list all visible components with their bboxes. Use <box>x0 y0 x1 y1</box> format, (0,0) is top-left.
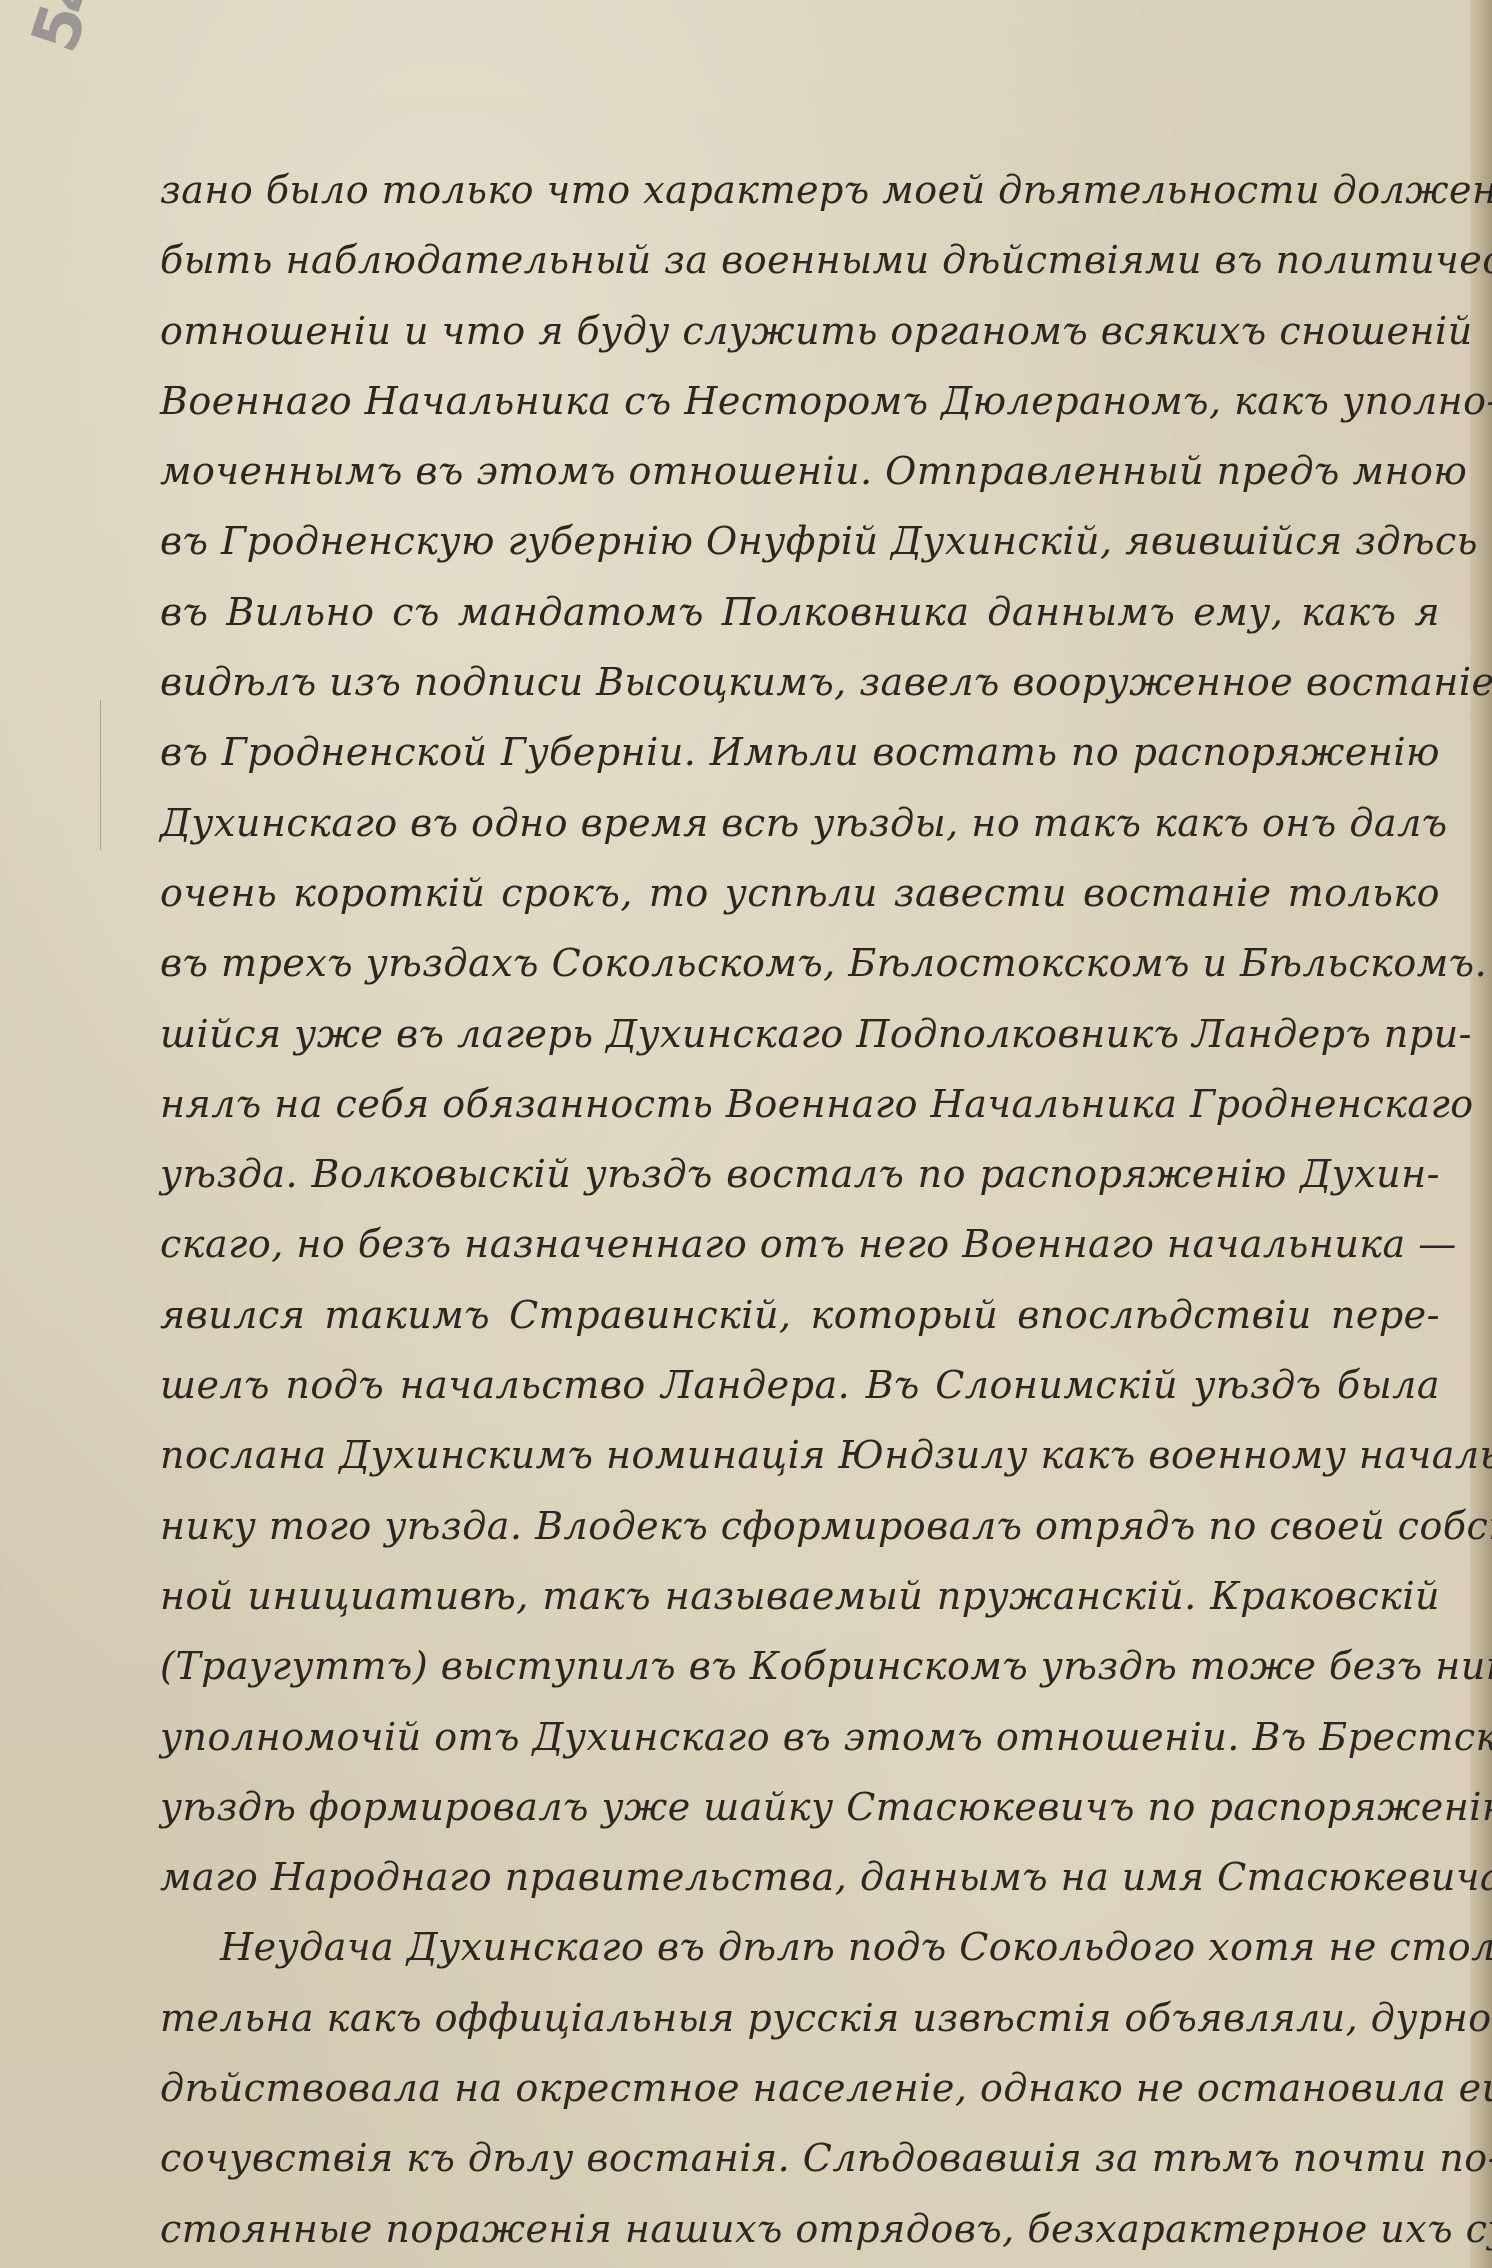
text-line-14: нялъ на себя обязанность Военнаго Началь… <box>160 1069 1440 1139</box>
text-line-12: въ трехъ уѣздахъ Сокольскомъ, Бѣлостокск… <box>160 928 1440 998</box>
text-line-15: уѣзда. Волковыскій уѣздъ восталъ по расп… <box>160 1139 1440 1209</box>
text-line-5: моченнымъ въ этомъ отношеніи. Отправленн… <box>160 436 1440 506</box>
text-line-18: шелъ подъ начальство Ландера. Въ Слонимс… <box>160 1350 1440 1420</box>
text-line-27: тельна какъ оффиціальныя русскія извѣсті… <box>160 1983 1440 2053</box>
text-line-28: дѣйствовала на окрестное населеніе, одна… <box>160 2053 1440 2123</box>
paragraph-start-line: Неудача Духинскаго въ дѣлѣ подъ Сокольдо… <box>160 1912 1440 1982</box>
text-line-17: явился такимъ Стравинскій, который впосл… <box>160 1280 1440 1350</box>
text-line-10: Духинскаго въ одно время всѣ уѣзды, но т… <box>160 788 1440 858</box>
text-line-1: зано было только что характеръ моей дѣят… <box>160 155 1440 225</box>
text-line-29: сочувствія къ дѣлу востанія. Слѣдовавшія… <box>160 2123 1440 2193</box>
manuscript-page: 545 зано было только что характеръ моей … <box>0 0 1492 2268</box>
text-line-13: шійся уже въ лагерь Духинскаго Подполков… <box>160 999 1440 1069</box>
text-line-4: Военнаго Начальника съ Несторомъ Дюлеран… <box>160 366 1440 436</box>
text-line-23: уполномочій отъ Духинскаго въ этомъ отно… <box>160 1702 1440 1772</box>
text-line-20: нику того уѣзда. Влодекъ сформировалъ от… <box>160 1491 1440 1561</box>
text-line-9: въ Гродненской Губерніи. Имѣли востать п… <box>160 717 1440 787</box>
text-line-30: стоянные пораженія нашихъ отрядовъ, безх… <box>160 2194 1440 2264</box>
text-line-22: (Траугуттъ) выступилъ въ Кобринскомъ уѣз… <box>160 1631 1440 1701</box>
text-line-21: ной инициативѣ, такъ называемый пружанск… <box>160 1561 1440 1631</box>
margin-line <box>100 700 101 850</box>
text-line-16: скаго, но безъ назначеннаго отъ него Вое… <box>160 1209 1440 1279</box>
text-line-8: видѣлъ изъ подписи Высоцкимъ, завелъ воо… <box>160 647 1440 717</box>
text-line-2: быть наблюдательный за военными дѣйствія… <box>160 225 1440 295</box>
text-line-3: отношеніи и что я буду служить органомъ … <box>160 296 1440 366</box>
text-line-24: уѣздѣ формировалъ уже шайку Стасюкевичъ … <box>160 1772 1440 1842</box>
text-line-25: маго Народнаго правительства, даннымъ на… <box>160 1842 1440 1912</box>
text-line-19: послана Духинскимъ номинація Юндзилу как… <box>160 1420 1440 1490</box>
text-line-11: очень короткій срокъ, то успѣли завести … <box>160 858 1440 928</box>
text-line-7: въ Вильно съ мандатомъ Полковника данным… <box>160 577 1440 647</box>
text-line-6: въ Гродненскую губернію Онуфрій Духинскі… <box>160 506 1440 576</box>
handwritten-text-block: зано было только что характеръ моей дѣят… <box>160 155 1440 2264</box>
folio-number-pencil: 545 <box>18 0 126 61</box>
